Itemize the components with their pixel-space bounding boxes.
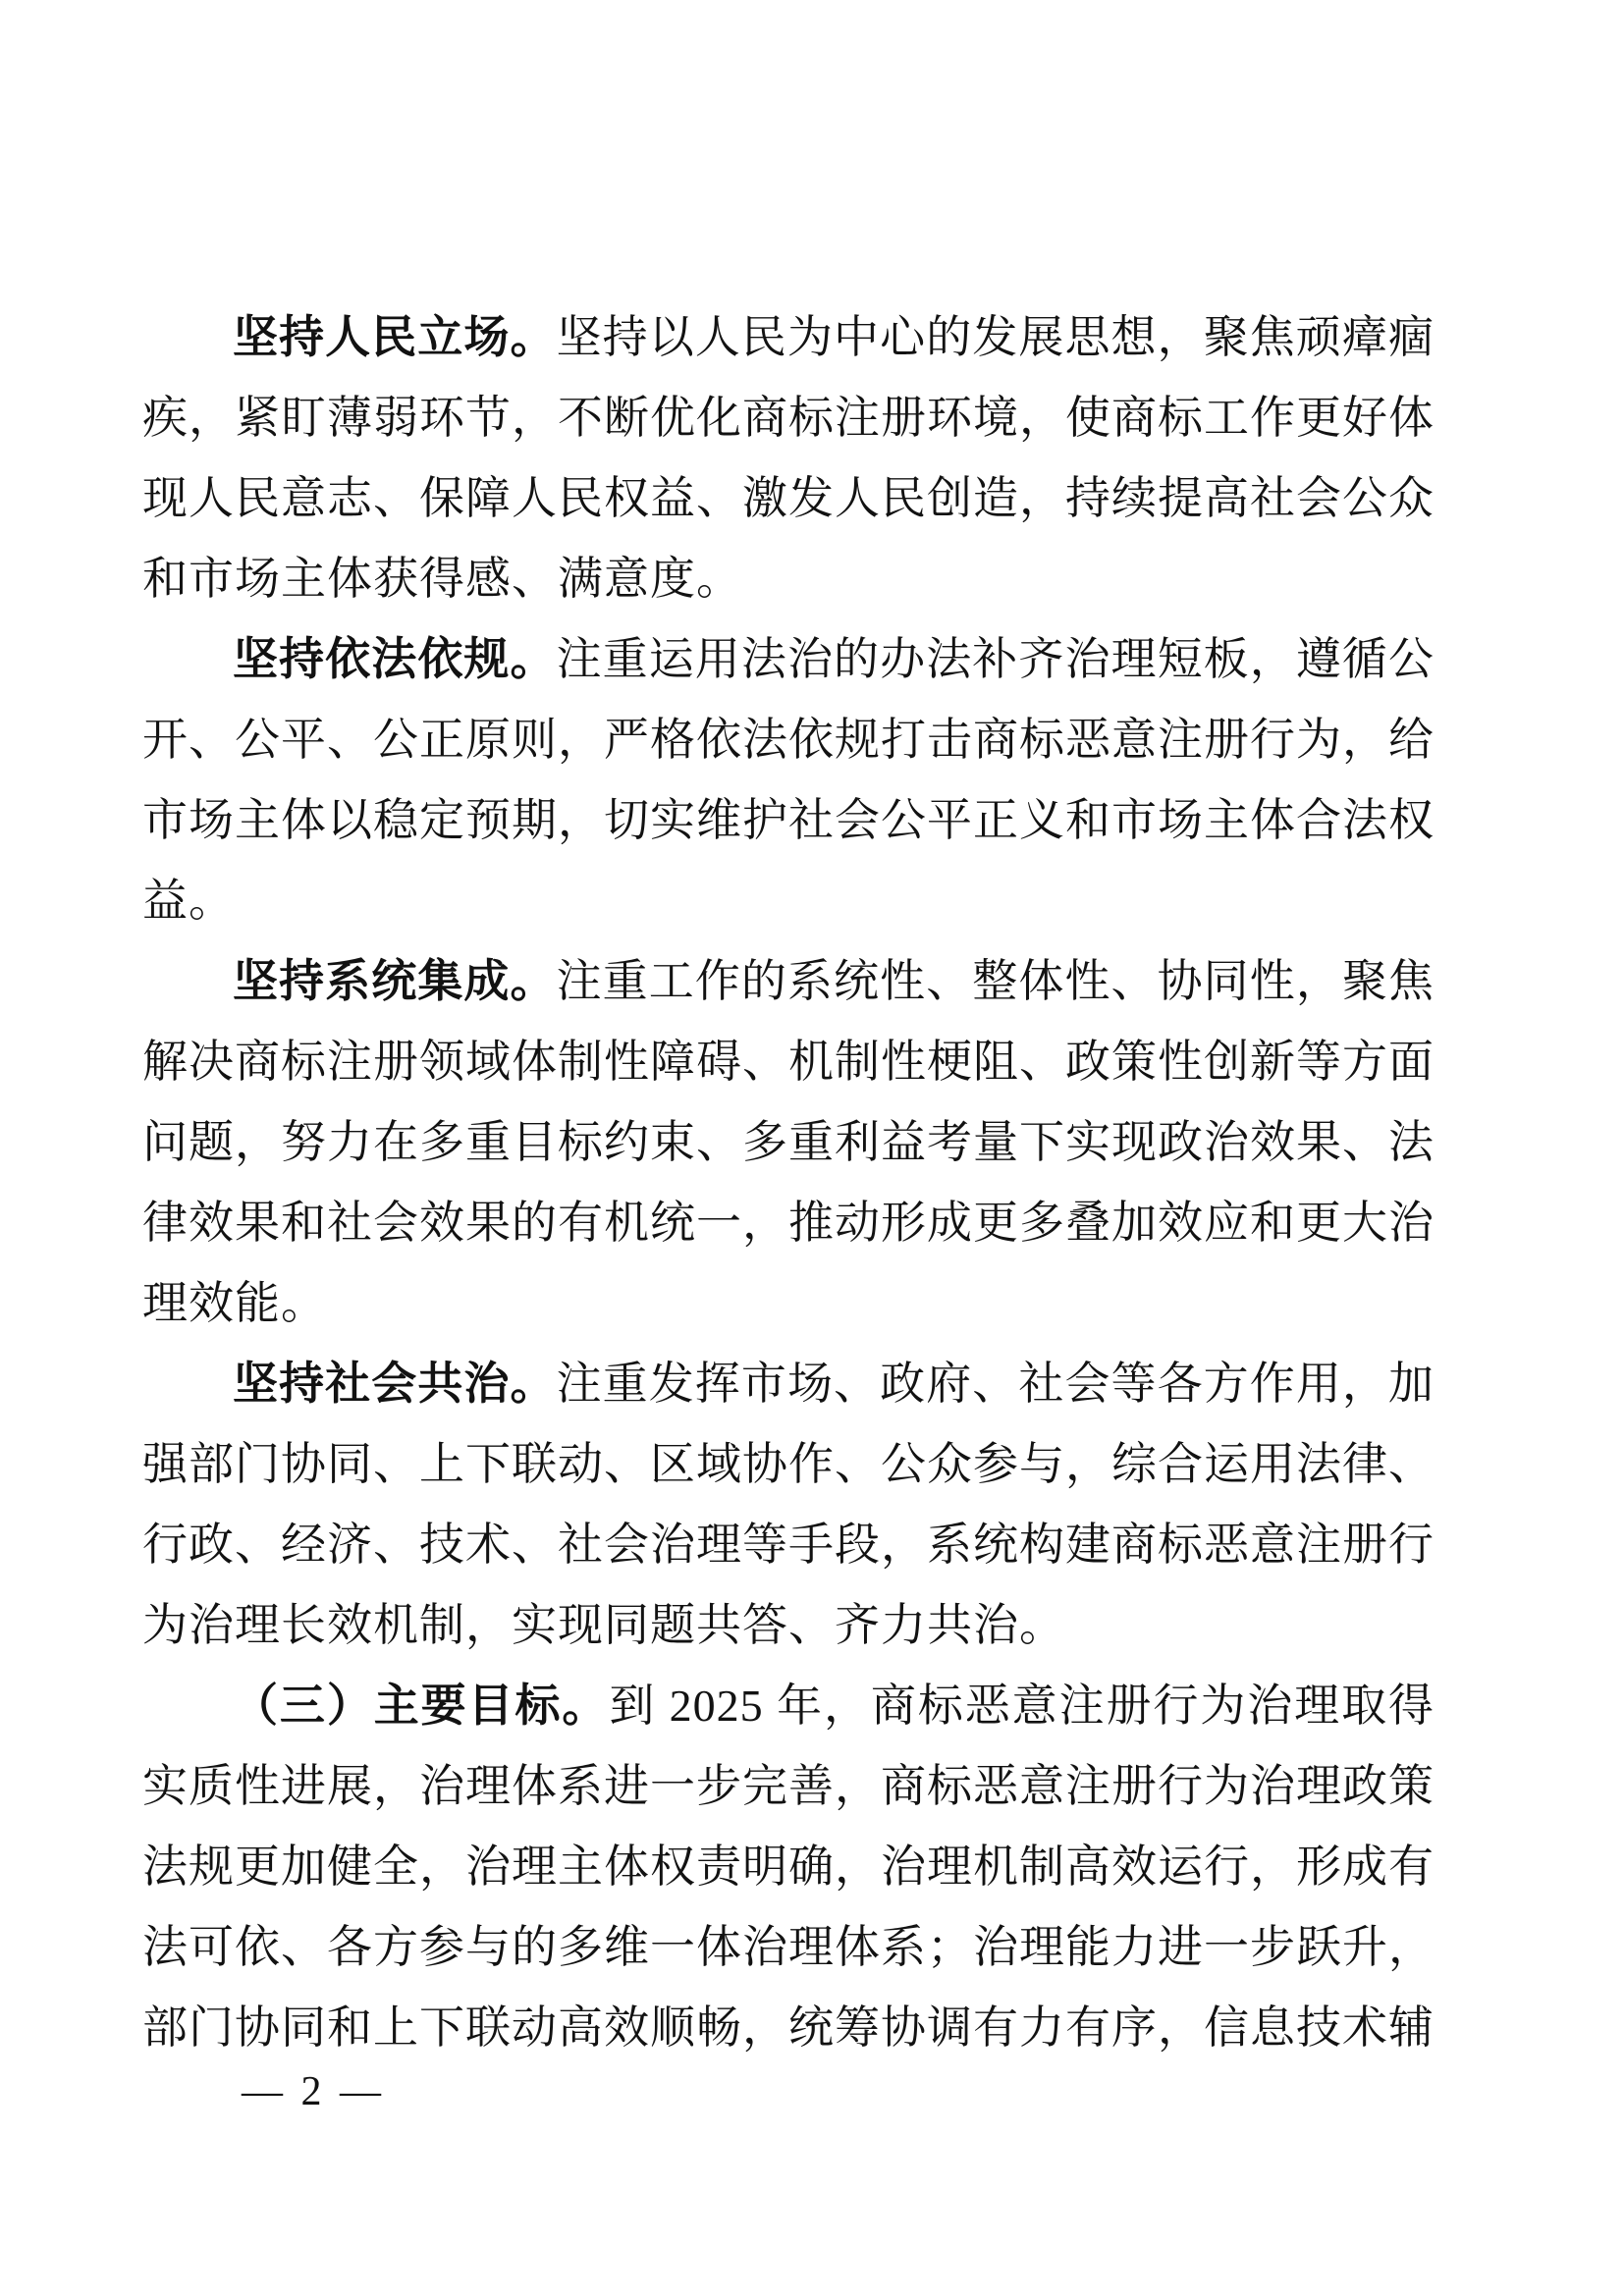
document-page: 坚持人民立场。坚持以人民为中心的发展思想，聚焦顽瘴痼疾，紧盯薄弱环节，不断优化商… (0, 0, 1624, 2296)
document-body: 坚持人民立场。坚持以人民为中心的发展思想，聚焦顽瘴痼疾，紧盯薄弱环节，不断优化商… (142, 297, 1435, 2068)
paragraph-text: 到 2025 年，商标恶意注册行为治理取得实质性进展，治理体系进一步完善，商标恶… (142, 1681, 1435, 2053)
paragraph: 坚持社会共治。注重发挥市场、政府、社会等各方作用，加强部门协同、上下联动、区域协… (142, 1344, 1435, 1666)
paragraph-lead: 坚持人民立场。 (233, 312, 557, 362)
paragraph: 坚持依法依规。注重运用法治的办法补齐治理短板，遵循公开、公平、公正原则，严格依法… (142, 619, 1435, 941)
paragraph-text: 注重工作的系统性、整体性、协同性，聚焦解决商标注册领域体制性障碍、机制性梗阻、政… (142, 956, 1435, 1328)
paragraph: 坚持人民立场。坚持以人民为中心的发展思想，聚焦顽瘴痼疾，紧盯薄弱环节，不断优化商… (142, 297, 1435, 619)
paragraph-lead: 坚持社会共治。 (233, 1359, 557, 1409)
paragraph: 坚持系统集成。注重工作的系统性、整体性、协同性，聚焦解决商标注册领域体制性障碍、… (142, 941, 1435, 1344)
paragraph-lead: （三）主要目标。 (233, 1681, 609, 1731)
paragraph-lead: 坚持依法依规。 (233, 634, 557, 684)
page-number: — 2 — (242, 2067, 385, 2116)
paragraph-lead: 坚持系统集成。 (233, 956, 557, 1006)
paragraph: （三）主要目标。到 2025 年，商标恶意注册行为治理取得实质性进展，治理体系进… (142, 1666, 1435, 2068)
